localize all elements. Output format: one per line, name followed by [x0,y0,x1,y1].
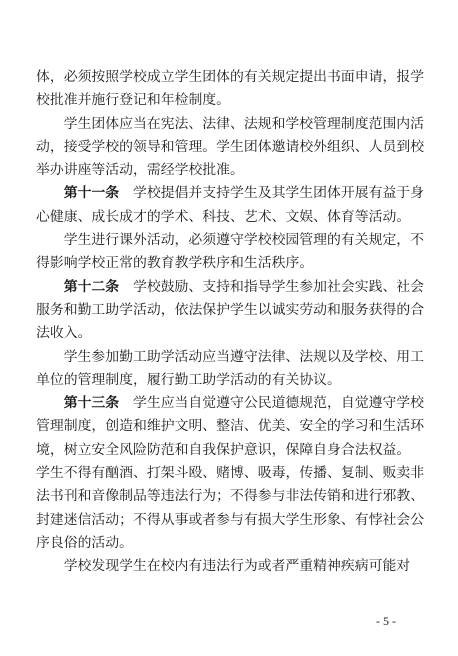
line-text: 境，树立安全风险防范和自我保护意识，保障自身合法权益。 [36,442,410,457]
line-text: 学生参加勤工助学活动应当遵守法律、法规以及学校、用工 [64,349,424,364]
article-number: 第十一条 [64,185,119,200]
line-text: 动，接受学校的领导和管理。学生团体邀请校外组织、人员到校 [36,139,424,154]
line-text: 法收入。 [36,325,91,340]
article-number: 第十二条 [64,279,119,294]
text-line: 得影响学校正常的教育教学秩序和生活秩序。 [36,251,428,274]
text-line: 学生参加勤工助学活动应当遵守法律、法规以及学校、用工 [36,345,428,368]
text-line: 学生不得有酗酒、打架斗殴、赌博、吸毒，传播、复制、贩卖非 [36,461,428,484]
line-text: 单位的管理制度，履行勤工助学活动的有关协议。 [36,372,341,387]
text-line: 举办讲座等活动，需经学校批准。 [36,158,428,181]
line-text: 学生应当自觉遵守公民道德规范，自觉遵守学校 [119,395,424,410]
text-line: 心健康、成长成才的学术、科技、艺术、文娱、体育等活动。 [36,205,428,228]
text-line: 第十一条 学校提倡并支持学生及其学生团体开展有益于身 [36,181,428,204]
text-line: 学生团体应当在宪法、法律、法规和学校管理制度范围内活 [36,112,428,135]
line-text: 服务和勤工助学活动，依法保护学生以诚实劳动和服务获得的合 [36,302,424,317]
line-text: 序良俗的活动。 [36,535,133,550]
line-text: 封建迷信活动；不得从事或者参与有损大学生形象、有悖社会公 [36,512,424,527]
line-text: 得影响学校正常的教育教学秩序和生活秩序。 [36,255,313,270]
line-text: 体，必须按照学校成立学生团体的有关规定提出书面申请，报学 [36,69,424,84]
text-line: 法书刊和音像制品等违法行为；不得参与非法传销和进行邪教、 [36,484,428,507]
line-text: 学生不得有酗酒、打架斗殴、赌博、吸毒，传播、复制、贩卖非 [36,465,424,480]
text-line: 学生进行课外活动，必须遵守学校校园管理的有关规定，不 [36,228,428,251]
line-text: 学校提倡并支持学生及其学生团体开展有益于身 [119,185,424,200]
page-number: - 5 - [376,613,396,629]
text-line: 校批准并施行登记和年检制度。 [36,88,428,111]
text-line: 第十三条 学生应当自觉遵守公民道德规范，自觉遵守学校 [36,391,428,414]
text-line: 学校发现学生在校内有违法行为或者严重精神疾病可能对 [36,554,428,577]
text-line: 法收入。 [36,321,428,344]
text-line: 体，必须按照学校成立学生团体的有关规定提出书面申请，报学 [36,65,428,88]
document-body: 体，必须按照学校成立学生团体的有关规定提出书面申请，报学校批准并施行登记和年检制… [36,65,428,578]
line-text: 学生团体应当在宪法、法律、法规和学校管理制度范围内活 [64,116,424,131]
line-text: 学校发现学生在校内有违法行为或者严重精神疾病可能对 [64,558,410,573]
line-text: 管理制度，创造和维护文明、整洁、优美、安全的学习和生活环 [36,418,424,433]
text-line: 序良俗的活动。 [36,531,428,554]
text-line: 动，接受学校的领导和管理。学生团体邀请校外组织、人员到校 [36,135,428,158]
line-text: 校批准并施行登记和年检制度。 [36,92,230,107]
text-line: 第十二条 学校鼓励、支持和指导学生参加社会实践、社会 [36,275,428,298]
line-text: 法书刊和音像制品等违法行为；不得参与非法传销和进行邪教、 [36,488,424,503]
line-text: 学生进行课外活动，必须遵守学校校园管理的有关规定，不 [64,232,424,247]
line-text: 举办讲座等活动，需经学校批准。 [36,162,244,177]
text-line: 服务和勤工助学活动，依法保护学生以诚实劳动和服务获得的合 [36,298,428,321]
document-page: 体，必须按照学校成立学生团体的有关规定提出书面申请，报学校批准并施行登记和年检制… [0,0,458,656]
text-line: 单位的管理制度，履行勤工助学活动的有关协议。 [36,368,428,391]
text-line: 封建迷信活动；不得从事或者参与有损大学生形象、有悖社会公 [36,508,428,531]
line-text: 心健康、成长成才的学术、科技、艺术、文娱、体育等活动。 [36,209,410,224]
line-text: 学校鼓励、支持和指导学生参加社会实践、社会 [119,279,424,294]
text-line: 管理制度，创造和维护文明、整洁、优美、安全的学习和生活环 [36,414,428,437]
text-line: 境，树立安全风险防范和自我保护意识，保障自身合法权益。 [36,438,428,461]
article-number: 第十三条 [64,395,119,410]
